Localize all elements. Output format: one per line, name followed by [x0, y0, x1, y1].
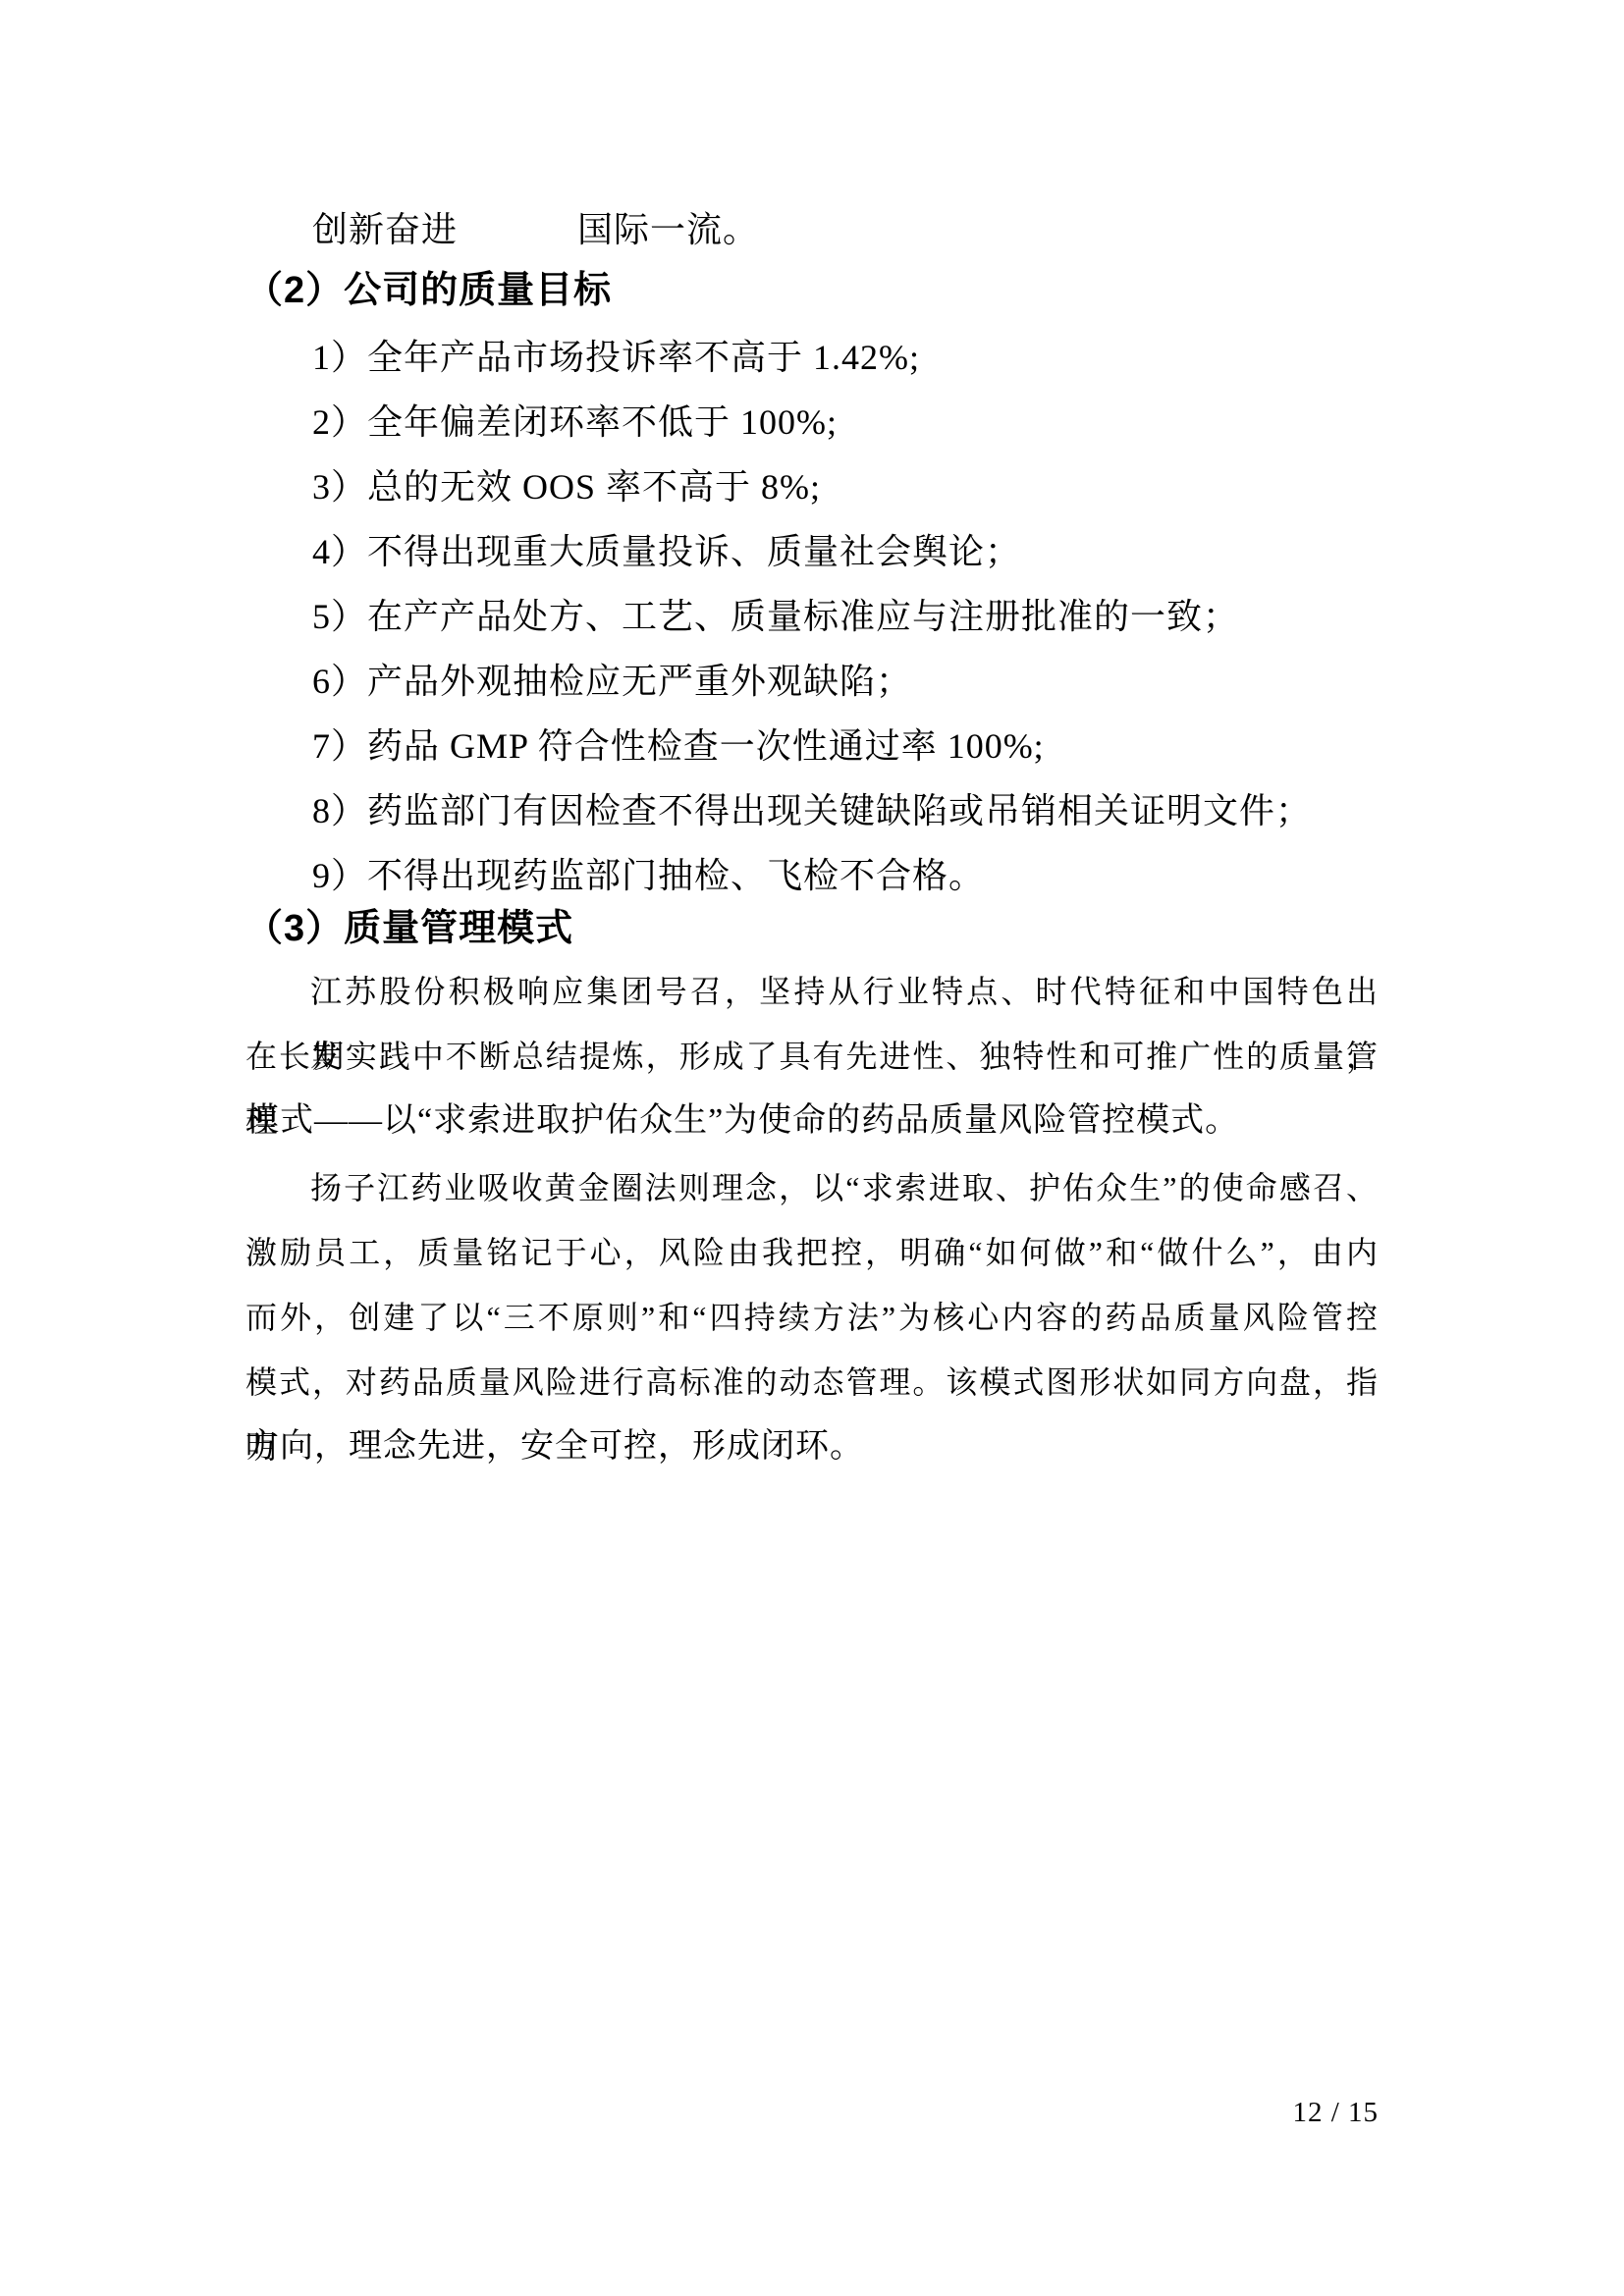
- intro-left-text: 创新奋进: [312, 210, 458, 249]
- section3-heading: （3）质量管理模式: [245, 896, 1379, 961]
- paragraph-line: 模式——以“求索进取护佑众生”为使命的药品质量风险管控模式。: [245, 1089, 1379, 1153]
- list-item-3: 3）总的无效 OOS 率不高于 8%;: [245, 454, 1379, 519]
- quality-objectives-list: 1）全年产品市场投诉率不高于 1.42%; 2）全年偏差闭环率不低于 100%;…: [245, 325, 1379, 908]
- paragraph-line: 激励员工，质量铭记于心，风险由我把控，明确“如何做”和“做什么”，由内: [245, 1220, 1379, 1285]
- intro-right-text: 国际一流。: [577, 210, 759, 249]
- list-item-2: 2）全年偏差闭环率不低于 100%;: [245, 390, 1379, 454]
- intro-gap: [458, 240, 577, 241]
- intro-line: 创新奋进国际一流。: [245, 197, 1379, 262]
- list-item-1: 1）全年产品市场投诉率不高于 1.42%;: [245, 325, 1379, 390]
- paragraph-line: 扬子江药业吸收黄金圈法则理念，以“求索进取、护佑众生”的使命感召、: [245, 1155, 1379, 1220]
- document-page: 创新奋进国际一流。 （2）公司的质量目标 1）全年产品市场投诉率不高于 1.42…: [0, 0, 1624, 2296]
- paragraph-line: 模式，对药品质量风险进行高标准的动态管理。该模式图形状如同方向盘，指明: [245, 1350, 1379, 1415]
- list-item-8: 8）药监部门有因检查不得出现关键缺陷或吊销相关证明文件；: [245, 778, 1379, 843]
- paragraph-line: 方向，理念先进，安全可控，形成闭环。: [245, 1415, 1379, 1479]
- section3-paragraph-2: 扬子江药业吸收黄金圈法则理念，以“求索进取、护佑众生”的使命感召、 激励员工，质…: [245, 1155, 1379, 1479]
- paragraph-line: 而外，创建了以“三不原则”和“四持续方法”为核心内容的药品质量风险管控: [245, 1285, 1379, 1350]
- page-number: 12 / 15: [245, 2093, 1379, 2132]
- list-item-4: 4）不得出现重大质量投诉、质量社会舆论；: [245, 519, 1379, 584]
- list-item-5: 5）在产产品处方、工艺、质量标准应与注册批准的一致；: [245, 584, 1379, 649]
- paragraph-line: 江苏股份积极响应集团号召，坚持从行业特点、时代特征和中国特色出发，: [245, 959, 1379, 1024]
- paragraph-line: 在长期实践中不断总结提炼，形成了具有先进性、独特性和可推广性的质量管理: [245, 1024, 1379, 1089]
- list-item-6: 6）产品外观抽检应无严重外观缺陷；: [245, 649, 1379, 714]
- list-item-7: 7）药品 GMP 符合性检查一次性通过率 100%;: [245, 714, 1379, 778]
- section2-heading: （2）公司的质量目标: [245, 258, 1379, 323]
- section3-paragraph-1: 江苏股份积极响应集团号召，坚持从行业特点、时代特征和中国特色出发， 在长期实践中…: [245, 959, 1379, 1153]
